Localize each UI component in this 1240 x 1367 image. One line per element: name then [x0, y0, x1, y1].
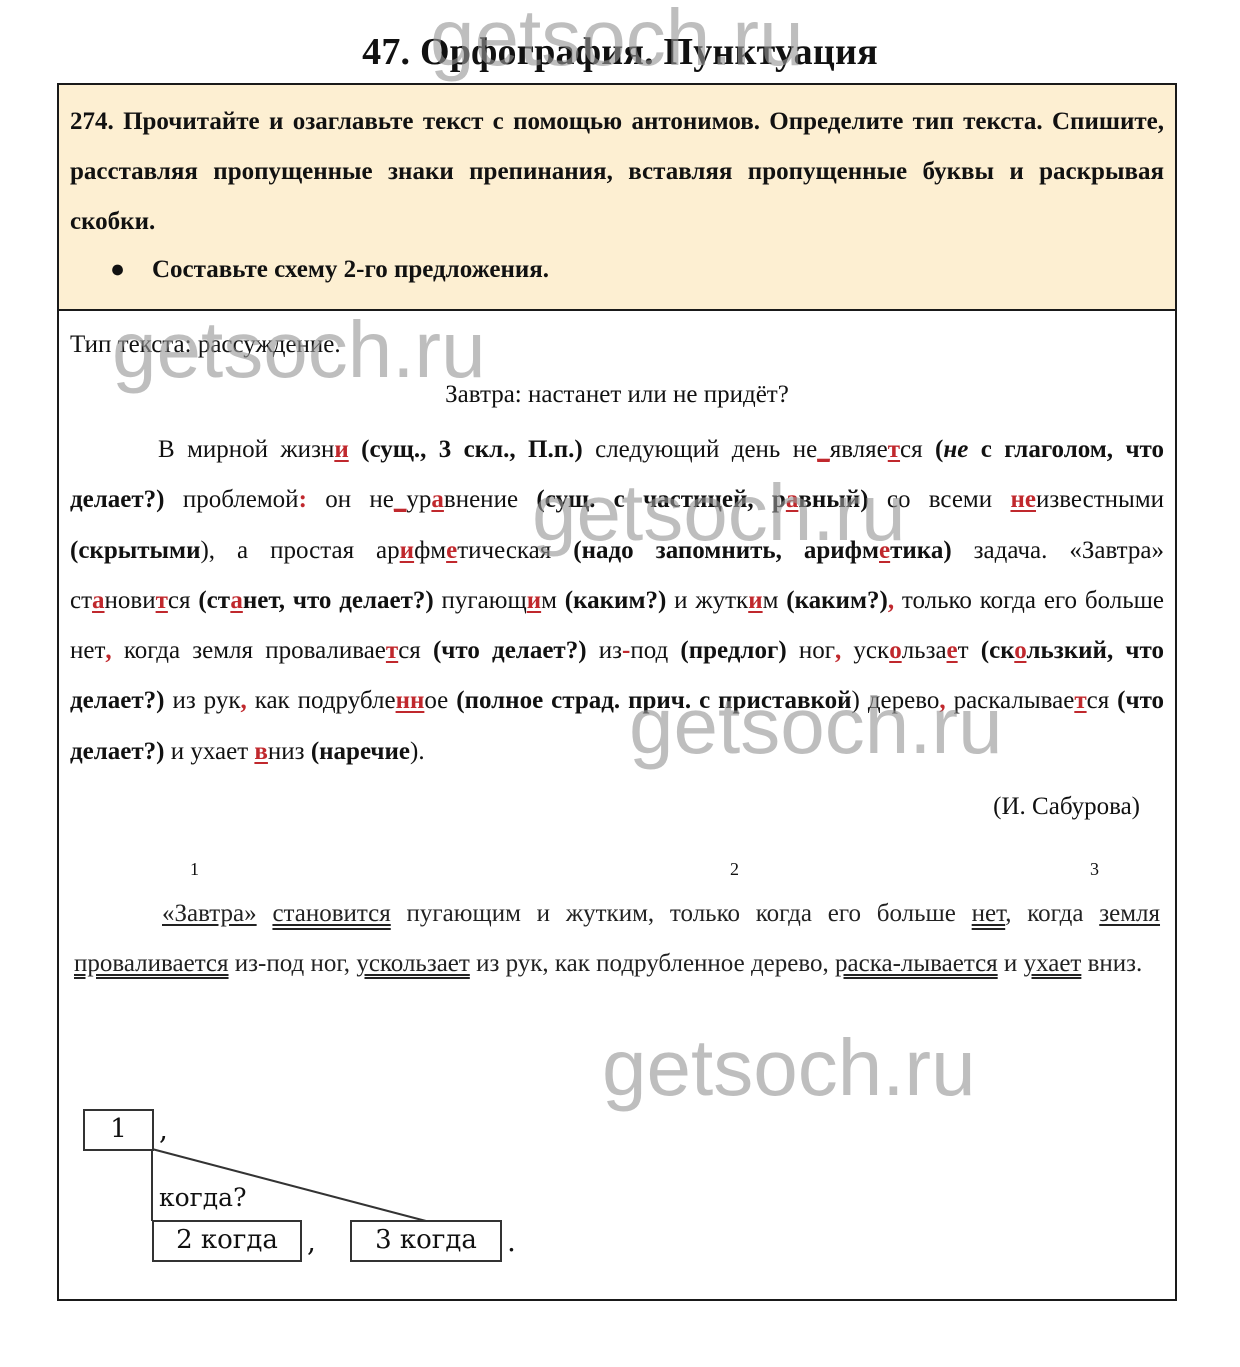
corrected-letter: и — [400, 537, 414, 564]
corrected-letter: е — [446, 537, 457, 564]
main-clause-box: 1 — [83, 1109, 154, 1151]
corrected-letter: а — [92, 587, 105, 614]
text-run: под — [630, 637, 680, 664]
text-run: и — [998, 950, 1024, 977]
grammar-note: (сущ. с частицей, р — [536, 486, 785, 513]
grammar-note: (каким?) — [786, 587, 888, 614]
grammar-note: не — [943, 436, 968, 463]
text-run: м — [763, 587, 787, 614]
bullet-icon: ● — [110, 247, 152, 293]
text-run: ся — [1087, 687, 1118, 714]
clause-numbers: 1 2 3 — [70, 859, 1164, 889]
clause-number: 1 — [190, 859, 199, 880]
text-run: низ — [268, 738, 311, 765]
predicate-underline: становится — [272, 900, 390, 927]
text-run: фм — [414, 537, 446, 564]
question-label: когда? — [159, 1183, 246, 1212]
corrected-letter: _ — [394, 486, 407, 513]
text-run: пугающим и жутким, только когда его боль… — [391, 900, 972, 927]
grammar-note: (что делает?) — [433, 637, 587, 664]
comma: , — [159, 1113, 168, 1146]
text-run: ур — [406, 486, 431, 513]
text-run: , когда — [1005, 900, 1099, 927]
grammar-note: (наречие — [311, 738, 410, 765]
corrected-letter: е — [947, 637, 958, 664]
corrected-letter: а — [230, 587, 243, 614]
text-run: из-под ног, — [229, 950, 357, 977]
subject-underline: земля — [1099, 900, 1160, 927]
corrected-letter: не — [1010, 486, 1036, 513]
text-run: из рук, как подрубленное дерево, — [470, 950, 835, 977]
grammar-note: вный) — [798, 486, 868, 513]
corrected-letter: т — [888, 436, 900, 463]
text-run: ся — [168, 587, 198, 614]
period: . — [507, 1225, 516, 1258]
text-run: из — [587, 637, 622, 664]
text-run — [257, 900, 273, 927]
task-box: 274. Прочитайте и озаглавьте текст с пом… — [59, 85, 1175, 311]
text-run: т — [958, 637, 981, 664]
corrected-letter: т — [386, 637, 398, 664]
exercise-frame: 274. Прочитайте и озаглавьте текст с пом… — [57, 83, 1177, 1301]
text-run: В мирной жизн — [158, 436, 334, 463]
task-number: 274. — [70, 108, 114, 135]
text-run: из рук — [164, 687, 240, 714]
story-title: Завтра: настанет или не придёт? — [70, 377, 1164, 413]
grammar-note: (полное страд. прич. с приставкой — [456, 687, 851, 714]
corrected-letter: о — [1014, 637, 1026, 664]
text-run: льза — [902, 637, 947, 664]
text-run: следующий день не — [583, 436, 818, 463]
grammar-note: (скрытыми — [70, 537, 200, 564]
text-run: ), а простая ар — [200, 537, 399, 564]
text-run: уск — [841, 637, 889, 664]
corrected-letter: е — [879, 537, 890, 564]
predicate-underline: раска-лывается — [835, 950, 998, 977]
text-run: ое — [424, 687, 456, 714]
task-bullet-item: ●Составьте схему 2-го предложения. — [70, 247, 1164, 293]
text-run: ) дерево — [852, 687, 940, 714]
task-text: Прочитайте и озаглавьте текст с помощью … — [70, 108, 1164, 235]
corrected-letter: т — [156, 587, 168, 614]
corrected-letter: а — [786, 486, 799, 513]
text-run: проблемой — [164, 486, 298, 513]
grammar-note: (каким?) — [565, 587, 667, 614]
grammar-note: (предлог) — [680, 637, 786, 664]
corrected-letter: _ — [817, 436, 830, 463]
text-run: м — [541, 587, 565, 614]
text-run: пугающ — [434, 587, 527, 614]
inserted-punctuation: : — [299, 486, 307, 513]
text-run: ног — [787, 637, 835, 664]
text-run: раскалывае — [946, 687, 1075, 714]
subject-underline: «Завтра» — [162, 900, 257, 927]
bullet-text: Составьте схему 2-го предложения. — [152, 256, 549, 283]
text-type: Тип текста: рассуждение. — [70, 327, 1164, 363]
text-run: вниз. — [1081, 950, 1142, 977]
text-run: тическая — [457, 537, 573, 564]
corrected-letter: и — [334, 436, 348, 463]
answer-section: Тип текста: рассуждение. Завтра: настане… — [59, 311, 1175, 889]
clause-number: 3 — [1090, 859, 1099, 880]
grammar-note: (сущ., 3 скл., П.п.) — [361, 436, 583, 463]
comma: , — [307, 1225, 316, 1258]
corrected-letter: т — [1074, 687, 1086, 714]
corrected-letter: и — [527, 587, 541, 614]
sentence-scheme: 1 , когда? 2 когда , 3 когда . — [81, 1103, 581, 1273]
grammar-note: нет, что делает?) — [243, 587, 434, 614]
sub-clause-box-3: 3 когда — [350, 1220, 502, 1262]
grammar-note: тика) — [890, 537, 952, 564]
text-run: внение — [444, 486, 536, 513]
grammar-note: (ст — [198, 587, 230, 614]
sentence-analysis: «Завтра» становится пугающим и жутким, т… — [59, 889, 1175, 988]
text-run: ся — [900, 436, 935, 463]
predicate-underline: нет — [972, 900, 1006, 927]
corrected-letter: в — [254, 738, 268, 765]
predicate-underline: ускользает — [356, 950, 470, 977]
text-run: известными — [1036, 486, 1164, 513]
text-run — [349, 436, 361, 463]
predicate-underline: проваливается — [74, 950, 229, 977]
text-run: ). — [410, 738, 425, 765]
text-run: нови — [105, 587, 156, 614]
text-run: ся — [398, 637, 433, 664]
corrected-letter: а — [431, 486, 444, 513]
page-title: 47. Орфография. Пунктуация — [0, 30, 1240, 74]
corrected-paragraph: В мирной жизни (сущ., 3 скл., П.п.) след… — [70, 425, 1164, 777]
text-run: являе — [830, 436, 888, 463]
text-run: он не — [307, 486, 394, 513]
text-run: и жутк — [666, 587, 748, 614]
predicate-underline: ухает — [1024, 950, 1082, 977]
grammar-note: (ск — [981, 637, 1015, 664]
text-run: со всеми — [869, 486, 1011, 513]
text-run: как подрубле — [247, 687, 396, 714]
author: (И. Сабурова) — [70, 789, 1164, 825]
text-run: когда земля проваливае — [112, 637, 386, 664]
corrected-letter: о — [889, 637, 902, 664]
sub-clause-box-2: 2 когда — [152, 1220, 302, 1262]
grammar-note: (надо запомнить, арифм — [573, 537, 879, 564]
corrected-letter: и — [748, 587, 762, 614]
corrected-letter: нн — [396, 687, 425, 714]
task-instruction: 274. Прочитайте и озаглавьте текст с пом… — [70, 97, 1164, 247]
clause-number: 2 — [730, 859, 739, 880]
text-run: и ухает — [164, 738, 254, 765]
